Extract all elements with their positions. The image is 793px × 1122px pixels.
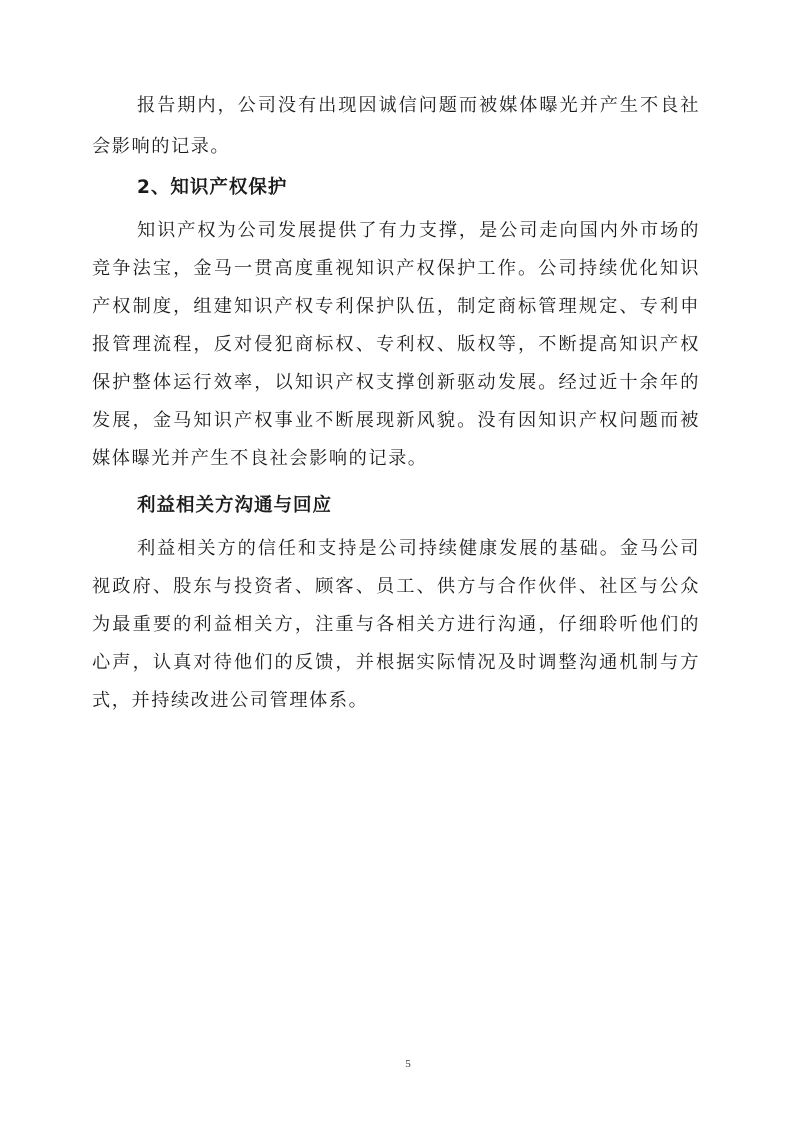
paragraph-line: 媒体曝光并产生不良社会影响的记录。 <box>92 446 700 472</box>
paragraph-line: 保护整体运行效率，以知识产权支撑创新驱动发展。经过近十余年的 <box>92 370 700 396</box>
paragraph-line: 视政府、股东与投资者、顾客、员工、供方与合作伙伴、社区与公众 <box>92 574 700 600</box>
document-page: 报告期内，公司没有出现因诚信问题而被媒体曝光并产生不良社 会影响的记录。 2、知… <box>0 0 793 1122</box>
paragraph-line: 会影响的记录。 <box>92 134 700 160</box>
paragraph-line: 为最重要的利益相关方，注重与各相关方进行沟通，仔细聆听他们的 <box>92 612 700 638</box>
paragraph-line: 利益相关方的信任和支持是公司持续健康发展的基础。金马公司 <box>137 536 700 562</box>
paragraph-line: 心声，认真对待他们的反馈，并根据实际情况及时调整沟通机制与方 <box>92 650 700 676</box>
section-heading-ip-protection: 2、知识产权保护 <box>137 175 287 201</box>
page-number: 5 <box>396 1058 420 1070</box>
paragraph-line: 式，并持续改进公司管理体系。 <box>92 688 700 714</box>
paragraph-line: 报管理流程，反对侵犯商标权、专利权、版权等，不断提高知识产权 <box>92 332 700 358</box>
paragraph-line: 产权制度，组建知识产权专利保护队伍，制定商标管理规定、专利申 <box>92 294 700 320</box>
paragraph-line: 报告期内，公司没有出现因诚信问题而被媒体曝光并产生不良社 <box>137 93 700 119</box>
paragraph-line: 发展，金马知识产权事业不断展现新风貌。没有因知识产权问题而被 <box>92 408 700 434</box>
section-heading-stakeholder-communication: 利益相关方沟通与回应 <box>137 493 332 519</box>
paragraph-line: 竞争法宝，金马一贯高度重视知识产权保护工作。公司持续优化知识 <box>92 256 700 282</box>
paragraph-line: 知识产权为公司发展提供了有力支撑，是公司走向国内外市场的 <box>137 218 700 244</box>
